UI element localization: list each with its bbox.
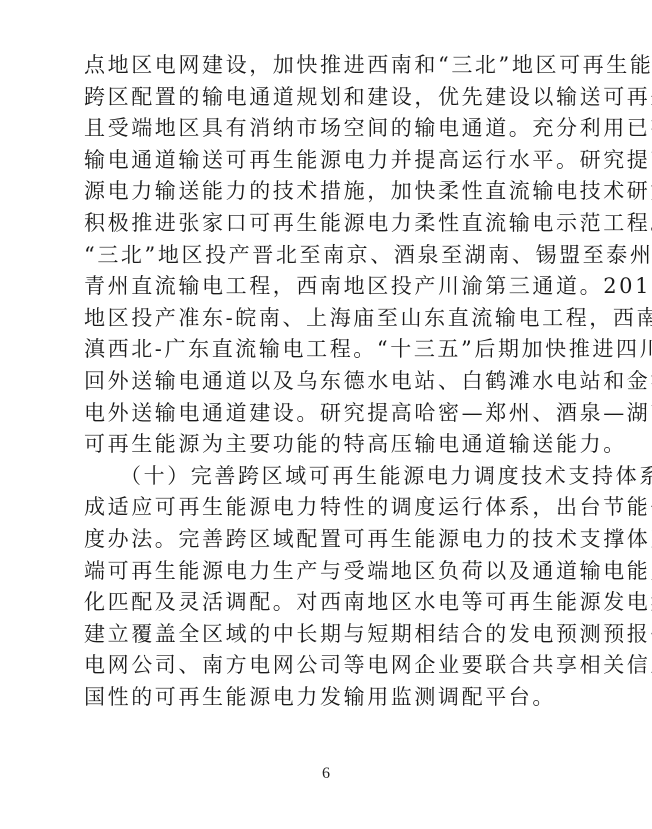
text-line: 源电力输送能力的技术措施，加快柔性直流输电技术研究与应用，	[84, 176, 564, 208]
text-line: 化匹配及灵活调配。对西南地区水电等可再生能源发电集中的区域，	[84, 587, 564, 619]
text-line: 地区投产准东-皖南、上海庙至山东直流输电工程，西南地区投产	[84, 303, 564, 335]
body-text: 点地区电网建设，加快推进西南和“三北”地区可再生能源电力跨省 跨区配置的输电通道…	[84, 50, 564, 713]
text-line: 电外送输电通道建设。研究提高哈密—郑州、酒泉—湖南等以输送	[84, 398, 564, 430]
text-line: “三北”地区投产晋北至南京、酒泉至湖南、锡盟至泰州、扎鲁特-	[84, 240, 564, 272]
text-line: 青州直流输电工程，西南地区投产川渝第三通道。2018 年，“三北”	[84, 271, 564, 303]
text-line: 滇西北-广东直流输电工程。“十三五”后期加快推进四川水电第四	[84, 334, 564, 366]
text-line: 建立覆盖全区域的中长期与短期相结合的发电预测预报体系。国家	[84, 619, 564, 651]
section-heading-line: （十）完善跨区域可再生能源电力调度技术支持体系。尽快形	[84, 461, 564, 493]
text-line: 国性的可再生能源电力发输用监测调配平台。	[84, 682, 564, 714]
text-line: 且受端地区具有消纳市场空间的输电通道。充分利用已有跨省跨区	[84, 113, 564, 145]
document-page: 点地区电网建设，加快推进西南和“三北”地区可再生能源电力跨省 跨区配置的输电通道…	[0, 0, 652, 829]
text-line: 度办法。完善跨区域配置可再生能源电力的技术支撑体系，实现送	[84, 524, 564, 556]
section-heading: （十）完善跨区域可再生能源电力调度技术支持体系。	[120, 464, 652, 488]
text-line: 跨区配置的输电通道规划和建设，优先建设以输送可再生能源为主	[84, 82, 564, 114]
text-line: 可再生能源为主要功能的特高压输电通道输送能力。	[84, 429, 564, 461]
text-line: 点地区电网建设，加快推进西南和“三北”地区可再生能源电力跨省	[84, 50, 564, 82]
text-line: 电网公司、南方电网公司等电网企业要联合共享相关信息，形成全	[84, 650, 564, 682]
text-line: 成适应可再生能源电力特性的调度运行体系，出台节能低碳电力调	[84, 492, 564, 524]
page-number: 6	[0, 765, 652, 783]
text-line: 输电通道输送可再生能源电力并提高运行水平。研究提高可再生能	[84, 145, 564, 177]
text-line: 回外送输电通道以及乌东德水电站、白鹤滩水电站和金沙江上游水	[84, 366, 564, 398]
text-line: 端可再生能源电力生产与受端地区负荷以及通道输电能力的智能	[84, 556, 564, 588]
text-line: 积极推进张家口可再生能源电力柔性直流输电示范工程。2017 年，	[84, 208, 564, 240]
